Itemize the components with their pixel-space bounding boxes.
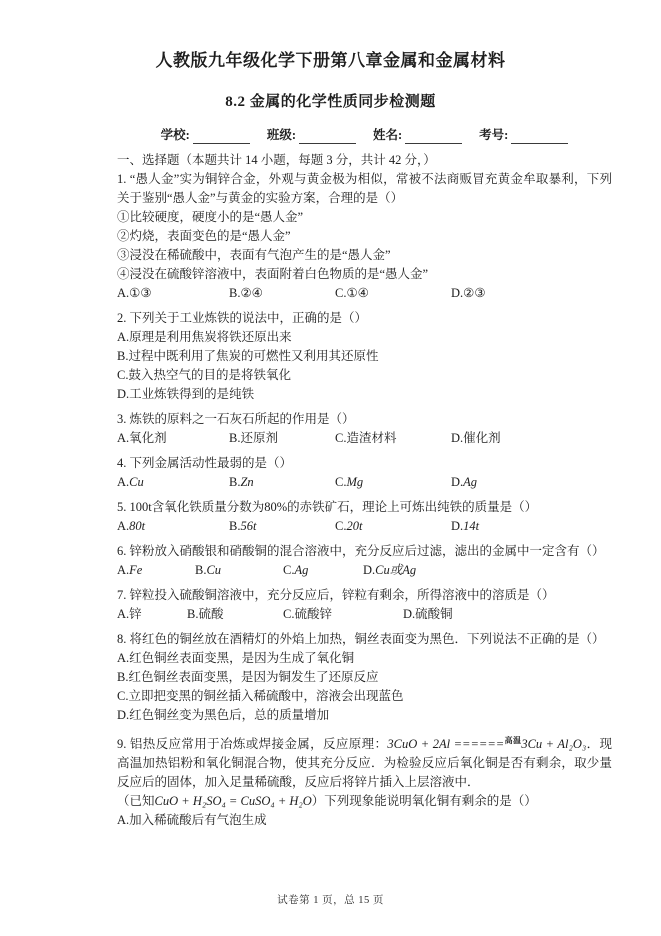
question-6-stem: 6. 锌粉放入硝酸银和硝酸铜的混合溶液中，充分反应后过滤，滤出的金属中一定含有（… — [117, 542, 612, 561]
known-suffix: ）下列现象能说明氧化铜有剩余的是（） — [312, 794, 537, 808]
option-label: C. — [335, 475, 346, 489]
question-3-option-d: D.催化剂 — [451, 429, 612, 448]
question-5-option-d: D.14t — [451, 517, 612, 536]
question-4: 4. 下列金属活动性最弱的是（） A.Cu B.Zn C.Mg D.Ag — [117, 454, 612, 492]
option-value: 56t — [240, 519, 256, 533]
option-value: 造渣材料 — [346, 431, 396, 445]
question-9-option-a: A.加入稀硫酸后有气泡生成 — [117, 811, 612, 830]
option-label: A. — [117, 431, 129, 445]
option-label: B. — [195, 563, 206, 577]
question-5-option-b: B.56t — [229, 517, 335, 536]
option-label: A. — [117, 563, 129, 577]
question-6-option-b: B.Cu — [195, 561, 283, 580]
question-7-option-c: C.硫酸锌 — [283, 605, 403, 624]
option-value: 硫酸铜 — [415, 607, 453, 621]
question-1-item-1: ①比较硬度，硬度小的是“愚人金” — [117, 208, 612, 227]
option-value: 硫酸 — [198, 607, 223, 621]
known-formula: CuO + H₂SO₄ = CuSO₄ + H₂O — [155, 794, 312, 808]
option-label: D. — [363, 563, 375, 577]
question-2-option-d: D.工业炼铁得到的是纯铁 — [117, 385, 612, 404]
question-2-stem: 2. 下列关于工业炼铁的说法中，正确的是（） — [117, 309, 612, 328]
question-6-options: A.Fe B.Cu C.Ag D.Cu或Ag — [117, 561, 612, 580]
option-value: Ag — [294, 563, 308, 577]
exam-paper-page: 人教版九年级化学下册第八章金属和金属材料 8.2 金属的化学性质同步检测题 学校… — [0, 0, 661, 936]
page-title: 人教版九年级化学下册第八章金属和金属材料 — [0, 50, 661, 72]
page-footer: 试卷第 1 页，总 15 页 — [0, 892, 661, 907]
question-7-option-a: A.锌 — [117, 605, 187, 624]
question-5-options: A.80t B.56t C.20t D.14t — [117, 517, 612, 536]
option-label: B. — [187, 607, 198, 621]
question-7-stem: 7. 锌粒投入硫酸铜溶液中，充分反应后，锌粒有剩余，所得溶液中的溶质是（） — [117, 586, 612, 605]
question-3-option-c: C.造渣材料 — [335, 429, 451, 448]
class-label: 班级: — [267, 126, 296, 144]
question-3-option-b: B.还原剂 — [229, 429, 335, 448]
option-label: A. — [117, 607, 129, 621]
question-2: 2. 下列关于工业炼铁的说法中，正确的是（） A.原理是利用焦炭将铁还原出来 B… — [117, 309, 612, 404]
page-subtitle: 8.2 金属的化学性质同步检测题 — [0, 92, 661, 112]
question-2-option-a: A.原理是利用焦炭将铁还原出来 — [117, 328, 612, 347]
question-1-item-4: ④浸没在硫酸锌溶液中，表面附着白色物质的是“愚人金” — [117, 265, 612, 284]
question-4-options: A.Cu B.Zn C.Mg D.Ag — [117, 473, 612, 492]
student-info-row: 学校: 班级: 姓名: 考号: — [117, 126, 612, 144]
question-1-item-3: ③浸没在稀硫酸中，表面有气泡产生的是“愚人金” — [117, 246, 612, 265]
option-value: 氧化剂 — [129, 431, 167, 445]
option-label: A. — [117, 475, 129, 489]
reaction-condition: 高温 — [504, 736, 521, 745]
question-1-option-b: B.②④ — [229, 284, 335, 303]
question-4-option-a: A.Cu — [117, 473, 229, 492]
option-value: 14t — [463, 519, 479, 533]
option-label: D. — [451, 286, 463, 300]
question-8-option-c: C.立即把变黑的铜丝插入稀硫酸中，溶液会出现蓝色 — [117, 687, 612, 706]
school-blank — [193, 129, 250, 144]
option-value: Fe — [129, 563, 142, 577]
option-value: Ag — [463, 475, 477, 489]
question-4-option-d: D.Ag — [451, 473, 612, 492]
option-value: Cu — [206, 563, 221, 577]
option-value: ①④ — [346, 286, 368, 300]
question-3-option-a: A.氧化剂 — [117, 429, 229, 448]
option-label: D. — [451, 431, 463, 445]
question-1-option-c: C.①④ — [335, 284, 451, 303]
question-9-stem-text: 9. 铝热反应常用于冶炼或焊接金属，反应原理： — [117, 737, 387, 751]
question-8: 8. 将红色的铜丝放在酒精灯的外焰上加热，铜丝表面变为黑色．下列说法不正确的是（… — [117, 630, 612, 725]
reaction-equation-left: 3CuO + 2Al ====== — [387, 737, 504, 751]
question-5-option-a: A.80t — [117, 517, 229, 536]
question-6-option-c: C.Ag — [283, 561, 363, 580]
question-3-stem: 3. 炼铁的原料之一石灰石所起的作用是（） — [117, 410, 612, 429]
question-8-option-d: D.红色铜丝变为黑色后，总的质量增加 — [117, 706, 612, 725]
question-1: 1. “愚人金”实为铜锌合金，外观与黄金极为相似，常被不法商贩冒充黄金牟取暴利，… — [117, 170, 612, 303]
question-7: 7. 锌粒投入硫酸铜溶液中，充分反应后，锌粒有剩余，所得溶液中的溶质是（） A.… — [117, 586, 612, 624]
question-2-option-b: B.过程中既利用了焦炭的可燃性又利用其还原性 — [117, 347, 612, 366]
question-5: 5. 100t含氧化铁质量分数为80%的赤铁矿石，理论上可炼出纯铁的质量是（） … — [117, 498, 612, 536]
question-2-option-c: C.鼓入热空气的目的是将铁氧化 — [117, 366, 612, 385]
option-value: 锌 — [129, 607, 142, 621]
question-4-option-c: C.Mg — [335, 473, 451, 492]
name-blank — [405, 129, 462, 144]
question-8-option-a: A.红色铜丝表面变黑，是因为生成了氧化铜 — [117, 649, 612, 668]
question-7-options: A.锌 B.硫酸 C.硫酸锌 D.硫酸铜 — [117, 605, 612, 624]
option-label: C. — [283, 607, 294, 621]
option-label: A. — [117, 519, 129, 533]
question-8-stem: 8. 将红色的铜丝放在酒精灯的外焰上加热，铜丝表面变为黑色．下列说法不正确的是（… — [117, 630, 612, 649]
question-9-stem: 9. 铝热反应常用于冶炼或焊接金属，反应原理：3CuO + 2Al ======… — [117, 731, 612, 792]
option-label: D. — [403, 607, 415, 621]
question-4-option-b: B.Zn — [229, 473, 335, 492]
question-3: 3. 炼铁的原料之一石灰石所起的作用是（） A.氧化剂 B.还原剂 C.造渣材料… — [117, 410, 612, 448]
school-label: 学校: — [161, 126, 190, 144]
class-blank — [299, 129, 356, 144]
name-label: 姓名: — [373, 126, 402, 144]
question-1-options: A.①③ B.②④ C.①④ D.②③ — [117, 284, 612, 303]
exam-no-label: 考号: — [479, 126, 508, 144]
reaction-equation-right: 3Cu + Al₂O₃ — [521, 737, 586, 751]
option-value: 硫酸锌 — [294, 607, 332, 621]
option-label: B. — [229, 431, 240, 445]
option-value: 还原剂 — [240, 431, 278, 445]
question-1-option-a: A.①③ — [117, 284, 229, 303]
question-3-options: A.氧化剂 B.还原剂 C.造渣材料 D.催化剂 — [117, 429, 612, 448]
option-label: A. — [117, 286, 129, 300]
question-4-stem: 4. 下列金属活动性最弱的是（） — [117, 454, 612, 473]
option-value: ②④ — [240, 286, 262, 300]
option-value: ①③ — [129, 286, 151, 300]
option-value: 20t — [346, 519, 362, 533]
known-prefix: （已知 — [117, 794, 155, 808]
section-heading: 一、选择题（本题共计 14 小题，每题 3 分，共计 42 分，） — [117, 151, 612, 170]
option-value: 80t — [129, 519, 145, 533]
option-label: C. — [283, 563, 294, 577]
option-value: Cu — [129, 475, 144, 489]
exam-no-blank — [511, 129, 568, 144]
question-1-item-2: ②灼烧，表面变色的是“愚人金” — [117, 227, 612, 246]
question-9-known-line: （已知CuO + H₂SO₄ = CuSO₄ + H₂O）下列现象能说明氧化铜有… — [117, 792, 612, 811]
option-value: Cu或Ag — [375, 563, 416, 577]
option-label: C. — [335, 431, 346, 445]
option-label: D. — [451, 475, 463, 489]
question-1-stem: 1. “愚人金”实为铜锌合金，外观与黄金极为相似，常被不法商贩冒充黄金牟取暴利，… — [117, 170, 612, 208]
question-8-option-b: B.红色铜丝表面变黑，是因为铜发生了还原反应 — [117, 668, 612, 687]
option-value: 催化剂 — [463, 431, 501, 445]
question-1-option-d: D.②③ — [451, 284, 612, 303]
question-6-option-a: A.Fe — [117, 561, 195, 580]
option-value: ②③ — [463, 286, 485, 300]
question-5-option-c: C.20t — [335, 517, 451, 536]
question-9: 9. 铝热反应常用于冶炼或焊接金属，反应原理：3CuO + 2Al ======… — [117, 731, 612, 830]
option-label: C. — [335, 519, 346, 533]
option-label: B. — [229, 286, 240, 300]
option-value: Zn — [240, 475, 253, 489]
question-7-option-b: B.硫酸 — [187, 605, 283, 624]
question-6-option-d: D.Cu或Ag — [363, 561, 612, 580]
option-label: B. — [229, 475, 240, 489]
question-7-option-d: D.硫酸铜 — [403, 605, 612, 624]
option-label: D. — [451, 519, 463, 533]
option-value: Mg — [346, 475, 363, 489]
question-6: 6. 锌粉放入硝酸银和硝酸铜的混合溶液中，充分反应后过滤，滤出的金属中一定含有（… — [117, 542, 612, 580]
question-5-stem: 5. 100t含氧化铁质量分数为80%的赤铁矿石，理论上可炼出纯铁的质量是（） — [117, 498, 612, 517]
option-label: C. — [335, 286, 346, 300]
option-label: B. — [229, 519, 240, 533]
